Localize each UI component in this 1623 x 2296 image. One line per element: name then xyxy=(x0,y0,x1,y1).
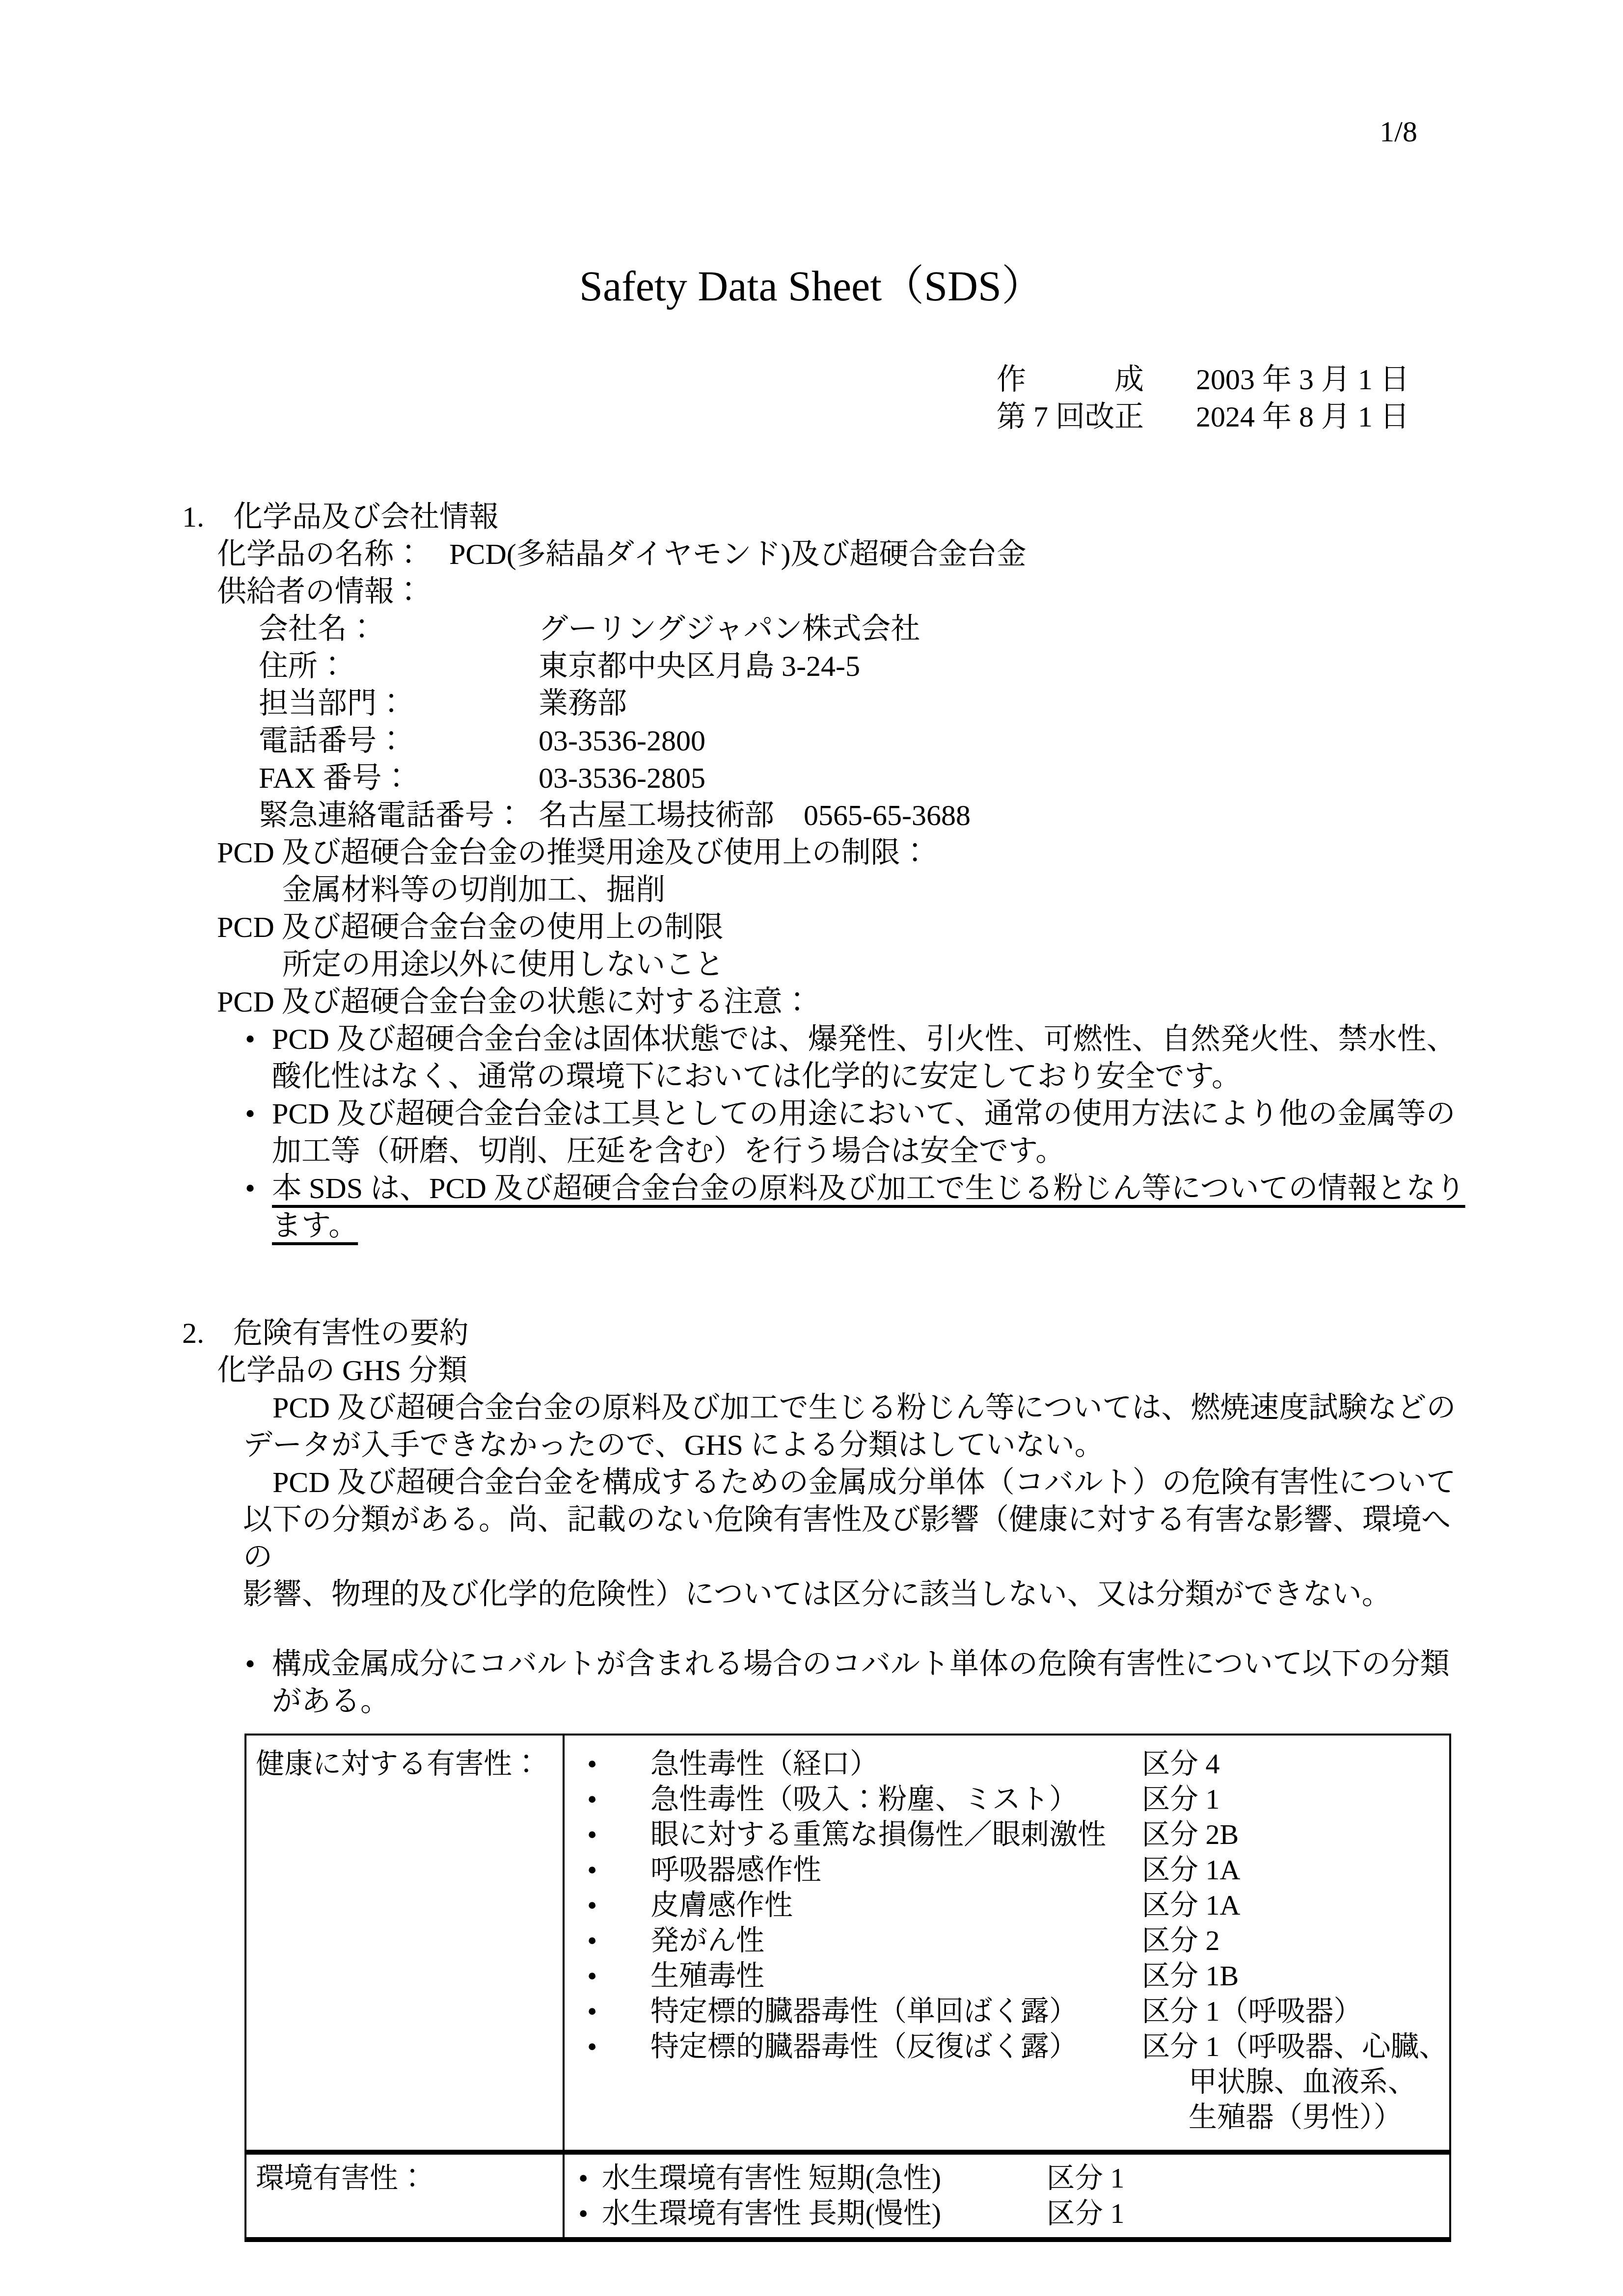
hazard-category: 区分 1 xyxy=(1141,1782,1449,1817)
supplier-field-label: 緊急連絡電話番号： xyxy=(259,797,539,834)
section-hazard-summary: 2.危険有害性の要約 化学品の GHS 分類 PCD 及び超硬合金台金の原料及び… xyxy=(0,1314,1623,2242)
supplier-field-value: 03-3536-2800 xyxy=(539,722,705,759)
supplier-field-label: 電話番号： xyxy=(259,722,539,759)
health-hazard-row: 健康に対する有害性： •急性毒性（経口）区分 4•急性毒性（吸入：粉塵、ミスト）… xyxy=(246,1735,1449,2150)
hazard-row: •呼吸器感作性区分 1A xyxy=(565,1852,1449,1888)
use-restriction-value: 所定の用途以外に使用しないこと xyxy=(0,946,1623,983)
bullet-text: 本 SDS は、PCD 及び超硬合金台金の原料及び加工で生じる粉じん等についての… xyxy=(272,1170,1465,1244)
state-caution-label: PCD 及び超硬合金台金の状態に対する注意： xyxy=(0,983,1623,1020)
supplier-field-label: 会社名： xyxy=(259,610,539,647)
section2-heading: 2.危険有害性の要約 xyxy=(0,1314,1623,1352)
supplier-info-label: 供給者の情報： xyxy=(0,573,1623,610)
section1-title: 化学品及び会社情報 xyxy=(233,501,498,533)
hazard-row: •発がん性区分 2 xyxy=(565,1923,1449,1958)
bullet-item: •構成金属成分にコバルトが含まれる場合のコバルト単体の危険有害性について以下の分… xyxy=(0,1645,1623,1720)
revised-date: 2024 年 8 月 1 日 xyxy=(1196,398,1409,435)
sds-document-page: 1/8 Safety Data Sheet（SDS） 作 成 2003 年 3 … xyxy=(0,0,1623,2296)
hazard-name: 特定標的臓器毒性（単回ばく露） xyxy=(650,1994,1141,2029)
bullet-text: PCD 及び超硬合金台金は固体状態では、爆発性、引火性、可燃性、自然発火性、禁水… xyxy=(272,1020,1456,1095)
hazard-category: 区分 1（呼吸器、心臓、 甲状腺、血液系、 生殖器（男性）） xyxy=(1141,2029,1449,2135)
supplier-field-label: 住所： xyxy=(259,647,539,685)
hazard-name: 特定標的臓器毒性（反復ばく露） xyxy=(650,2029,1141,2135)
hazard-category: 区分 4 xyxy=(1141,1746,1449,1782)
hazard-name: 急性毒性（吸入：粉塵、ミスト） xyxy=(650,1782,1141,1817)
supplier-field-value: 東京都中央区月島 3‐24‐5 xyxy=(539,647,860,685)
product-name-row: 化学品の名称： PCD(多結晶ダイヤモンド)及び超硬合金台金 xyxy=(0,535,1623,573)
bullet-item: •PCD 及び超硬合金台金は工具としての用途において、通常の使用方法により他の金… xyxy=(0,1095,1623,1170)
hazard-row: •水生環境有害性 短期(急性)区分 1 xyxy=(565,2161,1449,2196)
hazard-name: 呼吸器感作性 xyxy=(650,1852,1141,1888)
page-number: 1/8 xyxy=(1380,117,1417,146)
health-hazard-label: 健康に対する有害性： xyxy=(246,1735,565,2150)
hazard-name: 水生環境有害性 長期(慢性) xyxy=(602,2196,1046,2231)
hazard-row: •生殖毒性区分 1B xyxy=(565,1958,1449,1994)
supplier-field-row: 会社名：グーリングジャパン株式会社 xyxy=(0,610,1623,647)
supplier-field-row: FAX 番号：03-3536-2805 xyxy=(0,759,1623,797)
supplier-field-value: 03-3536-2805 xyxy=(539,759,705,797)
hazard-category: 区分 1 xyxy=(1046,2196,1449,2231)
hazard-category: 区分 1A xyxy=(1141,1888,1449,1923)
supplier-field-label: FAX 番号： xyxy=(259,759,539,797)
section2-title: 危険有害性の要約 xyxy=(233,1317,469,1349)
hazard-row: •眼に対する重篤な損傷性／眼刺激性区分 2B xyxy=(565,1817,1449,1852)
hazard-row: •急性毒性（経口）区分 4 xyxy=(565,1746,1449,1782)
bullet-icon: • xyxy=(587,1958,650,1994)
section-chemical-company-info: 1.化学品及び会社情報 化学品の名称： PCD(多結晶ダイヤモンド)及び超硬合金… xyxy=(0,498,1623,1244)
document-title: Safety Data Sheet（SDS） xyxy=(0,265,1623,307)
section2-number: 2. xyxy=(182,1314,233,1352)
cobalt-bullet-list: •構成金属成分にコバルトが含まれる場合のコバルト単体の危険有害性について以下の分… xyxy=(0,1645,1623,1720)
created-row: 作 成 2003 年 3 月 1 日 xyxy=(997,361,1438,398)
ghs-paragraph-2: PCD 及び超硬合金台金を構成するための金属成分単体（コバルト）の危険有害性につ… xyxy=(0,1464,1623,1613)
hazard-row: •皮膚感作性区分 1A xyxy=(565,1888,1449,1923)
hazard-category: 区分 1（呼吸器） xyxy=(1141,1994,1449,2029)
hazard-row: •特定標的臓器毒性（単回ばく露）区分 1（呼吸器） xyxy=(565,1994,1449,2029)
bullet-icon: • xyxy=(245,1645,272,1720)
hazard-name: 急性毒性（経口） xyxy=(650,1746,1141,1782)
hazard-category: 区分 1A xyxy=(1141,1852,1449,1888)
environmental-hazard-items: •水生環境有害性 短期(急性)区分 1•水生環境有害性 長期(慢性)区分 1 xyxy=(565,2155,1449,2237)
bullet-icon: • xyxy=(587,1852,650,1888)
hazard-name: 水生環境有害性 短期(急性) xyxy=(602,2161,1046,2196)
supplier-field-label: 担当部門： xyxy=(259,685,539,722)
state-caution-bullets: •PCD 及び超硬合金台金は固体状態では、爆発性、引火性、可燃性、自然発火性、禁… xyxy=(0,1020,1623,1244)
bullet-icon: • xyxy=(578,2161,602,2196)
environmental-hazard-label: 環境有害性： xyxy=(246,2155,565,2237)
bullet-icon: • xyxy=(587,1782,650,1817)
bullet-icon: • xyxy=(587,1746,650,1782)
product-name-label: 化学品の名称： xyxy=(217,535,449,573)
bullet-icon: • xyxy=(587,1994,650,2029)
supplier-field-value: 業務部 xyxy=(539,685,627,722)
ghs-classification-heading: 化学品の GHS 分類 xyxy=(0,1352,1623,1389)
revised-row: 第 7 回改正 2024 年 8 月 1 日 xyxy=(997,398,1438,435)
hazard-name: 眼に対する重篤な損傷性／眼刺激性 xyxy=(650,1817,1141,1852)
hazard-category: 区分 1 xyxy=(1046,2161,1449,2196)
product-name-value: PCD(多結晶ダイヤモンド)及び超硬合金台金 xyxy=(449,535,1026,573)
bullet-icon: • xyxy=(578,2196,602,2231)
supplier-field-row: 住所：東京都中央区月島 3‐24‐5 xyxy=(0,647,1623,685)
hazard-category: 区分 2 xyxy=(1141,1923,1449,1958)
section1-number: 1. xyxy=(182,498,233,535)
bullet-item: •PCD 及び超硬合金台金は固体状態では、爆発性、引火性、可燃性、自然発火性、禁… xyxy=(0,1020,1623,1095)
hazard-category: 区分 1B xyxy=(1141,1958,1449,1994)
bullet-icon: • xyxy=(587,1817,650,1852)
supplier-field-row: 電話番号：03-3536-2800 xyxy=(0,722,1623,759)
bullet-icon: • xyxy=(245,1020,272,1095)
ghs-paragraph-1: PCD 及び超硬合金台金の原料及び加工で生じる粉じん等については、燃焼速度試験な… xyxy=(0,1389,1623,1464)
environmental-hazard-row: 環境有害性： •水生環境有害性 短期(急性)区分 1•水生環境有害性 長期(慢性… xyxy=(246,2150,1449,2237)
bullet-icon: • xyxy=(245,1095,272,1170)
use-restriction-label: PCD 及び超硬合金台金の使用上の制限 xyxy=(0,908,1623,946)
hazard-name: 生殖毒性 xyxy=(650,1958,1141,1994)
revision-block: 作 成 2003 年 3 月 1 日 第 7 回改正 2024 年 8 月 1 … xyxy=(997,361,1438,435)
hazard-row: •水生環境有害性 長期(慢性)区分 1 xyxy=(565,2196,1449,2231)
bullet-text: PCD 及び超硬合金台金は工具としての用途において、通常の使用方法により他の金属… xyxy=(272,1095,1456,1170)
section1-heading: 1.化学品及び会社情報 xyxy=(0,498,1623,535)
hazard-name: 発がん性 xyxy=(650,1923,1141,1958)
bullet-icon: • xyxy=(245,1170,272,1244)
health-hazard-items: •急性毒性（経口）区分 4•急性毒性（吸入：粉塵、ミスト）区分 1•眼に対する重… xyxy=(565,1735,1449,2150)
bullet-icon: • xyxy=(587,2029,650,2135)
revised-label: 第 7 回改正 xyxy=(997,398,1196,435)
bullet-icon: • xyxy=(587,1888,650,1923)
supplier-fields: 会社名：グーリングジャパン株式会社住所：東京都中央区月島 3‐24‐5担当部門：… xyxy=(0,610,1623,834)
recommended-use-value: 金属材料等の切削加工、掘削 xyxy=(0,871,1623,908)
bullet-icon: • xyxy=(587,1923,650,1958)
bullet-item: •本 SDS は、PCD 及び超硬合金台金の原料及び加工で生じる粉じん等について… xyxy=(0,1170,1623,1244)
bullet-text: 構成金属成分にコバルトが含まれる場合のコバルト単体の危険有害性について以下の分類… xyxy=(272,1645,1450,1720)
hazard-category: 区分 2B xyxy=(1141,1817,1449,1852)
created-label: 作 成 xyxy=(997,361,1196,398)
supplier-field-row: 担当部門：業務部 xyxy=(0,685,1623,722)
recommended-use-label: PCD 及び超硬合金台金の推奨用途及び使用上の制限： xyxy=(0,834,1623,871)
supplier-field-row: 緊急連絡電話番号：名古屋工場技術部 0565-65-3688 xyxy=(0,797,1623,834)
hazard-row: •急性毒性（吸入：粉塵、ミスト）区分 1 xyxy=(565,1782,1449,1817)
supplier-field-value: 名古屋工場技術部 0565-65-3688 xyxy=(539,797,971,834)
supplier-field-value: グーリングジャパン株式会社 xyxy=(539,610,920,647)
ghs-classification-table: 健康に対する有害性： •急性毒性（経口）区分 4•急性毒性（吸入：粉塵、ミスト）… xyxy=(244,1734,1451,2242)
hazard-row: •特定標的臓器毒性（反復ばく露）区分 1（呼吸器、心臓、 甲状腺、血液系、 生殖… xyxy=(565,2029,1449,2135)
hazard-name: 皮膚感作性 xyxy=(650,1888,1141,1923)
created-date: 2003 年 3 月 1 日 xyxy=(1196,361,1409,398)
